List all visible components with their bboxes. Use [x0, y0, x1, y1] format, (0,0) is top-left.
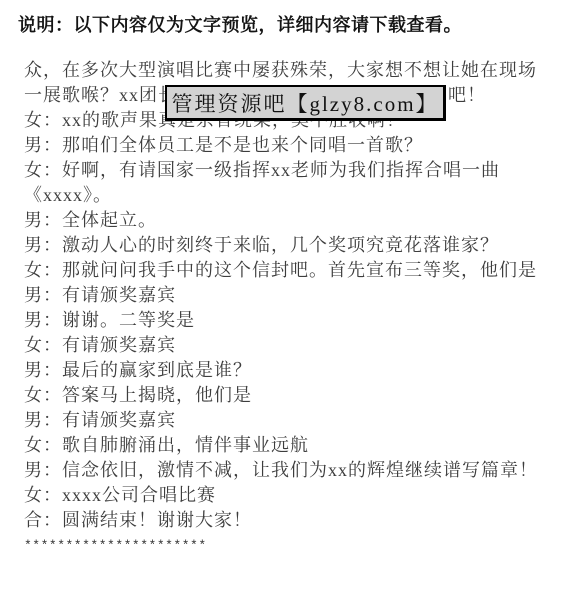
watermark-text: 管理资源吧【glzy8.com】	[171, 88, 438, 118]
dialogue-line: 女：答案马上揭晓，他们是	[24, 383, 570, 408]
dialogue-line: 女：有请颁奖嘉宾	[24, 333, 570, 358]
dialogue-line-left-segment: 一展歌喉？xx团长	[24, 85, 177, 105]
preview-notice: 说明：以下内容仅为文字预览，详细内容请下载查看。	[18, 12, 462, 38]
dialogue-line: 男：有请颁奖嘉宾	[24, 283, 570, 308]
dialogue-line: 合：圆满结束！谢谢大家！	[24, 508, 570, 533]
document-body: 众，在多次大型演唱比赛中屡获殊荣，大家想不想让她在现场 一展歌喉？xx团长 吧！…	[24, 58, 570, 558]
dialogue-line: 男：有请颁奖嘉宾	[24, 408, 570, 433]
truncation-marks: **********************	[24, 533, 570, 558]
dialogue-line: 女：歌自肺腑涌出，情伴事业远航	[24, 433, 570, 458]
dialogue-line: 男：激动人心的时刻终于来临，几个奖项究竟花落谁家？	[24, 233, 570, 258]
dialogue-line: 男：全体起立。	[24, 208, 570, 233]
dialogue-line-right-segment: 吧！	[448, 83, 486, 108]
dialogue-line: 男：那咱们全体员工是不是也来个同唱一首歌？	[24, 133, 570, 158]
dialogue-line: 女：xxxx公司合唱比赛	[24, 483, 570, 508]
dialogue-line: 男：最后的赢家到底是谁？	[24, 358, 570, 383]
dialogue-line: 男：谢谢。二等奖是	[24, 308, 570, 333]
dialogue-line: 女：那就问问我手中的这个信封吧。首先宣布三等奖，他们是	[24, 258, 570, 283]
dialogue-line: 《xxxx》。	[24, 183, 570, 208]
watermark-badge: 管理资源吧【glzy8.com】	[165, 85, 446, 121]
dialogue-line: 众，在多次大型演唱比赛中屡获殊荣，大家想不想让她在现场	[24, 58, 570, 83]
dialogue-line: 男：信念依旧，激情不减，让我们为xx的辉煌继续谱写篇章！	[24, 458, 570, 483]
dialogue-line: 女：好啊，有请国家一级指挥xx老师为我们指挥合唱一曲	[24, 158, 570, 183]
document-preview-page: 说明：以下内容仅为文字预览，详细内容请下载查看。 管理资源吧【glzy8.com…	[0, 0, 578, 600]
